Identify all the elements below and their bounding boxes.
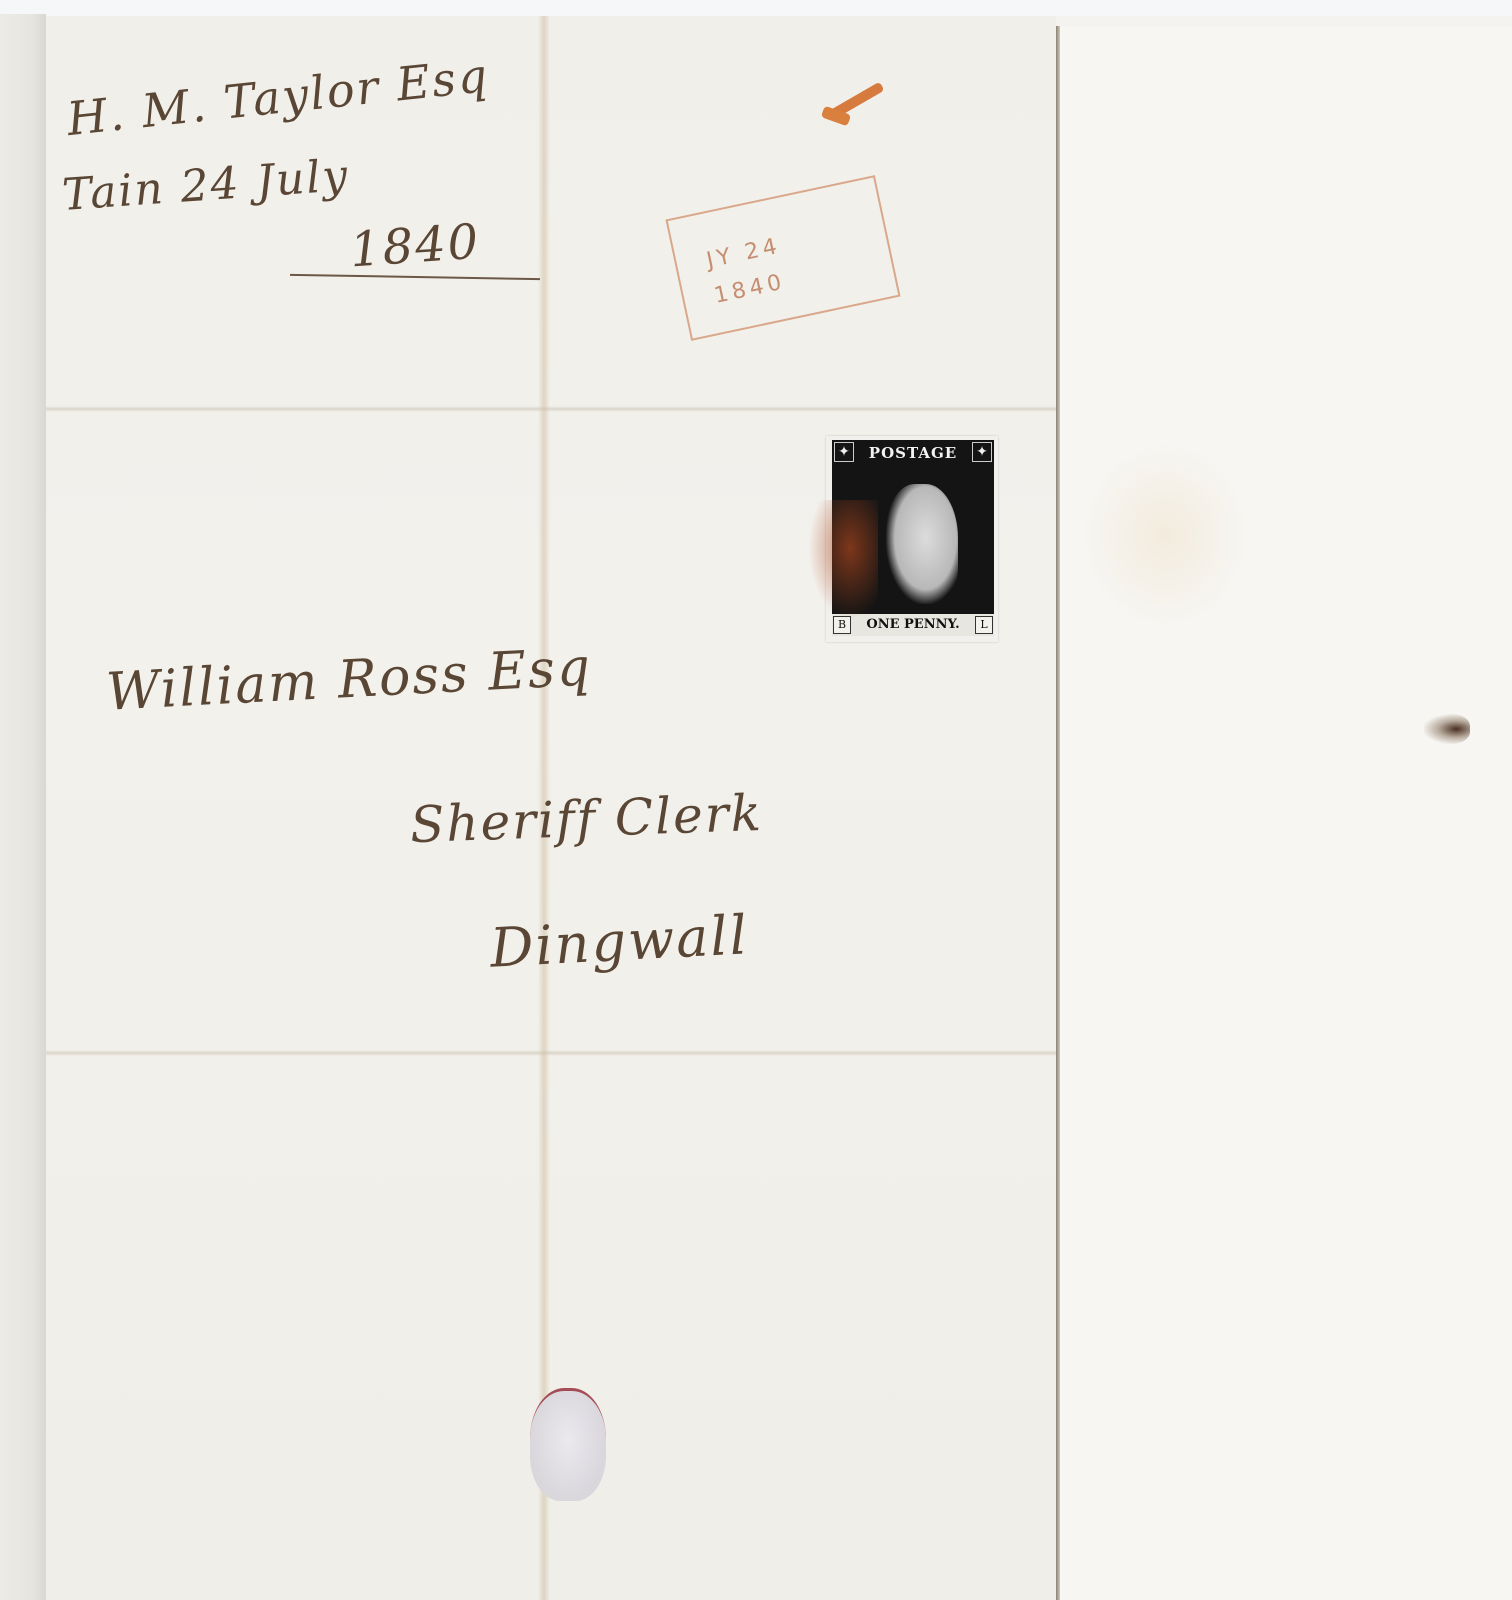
maltese-cross-cancel bbox=[808, 500, 878, 620]
fold-line-upper bbox=[46, 406, 1056, 412]
stamp-check-letter-right: L bbox=[975, 616, 993, 634]
fold-line-lower bbox=[46, 1050, 1056, 1056]
stamp-top-label: POSTAGE bbox=[832, 440, 994, 464]
address-title: Sheriff Clerk bbox=[409, 784, 764, 854]
ink-smudge bbox=[1424, 714, 1470, 744]
paper-stain bbox=[1080, 440, 1250, 630]
docket-year: 1840 bbox=[348, 214, 482, 279]
postmark-text: JY 24 1840 bbox=[703, 229, 791, 315]
background-strip bbox=[0, 0, 1512, 16]
letter-left-flap bbox=[0, 14, 46, 1600]
letter-right-panel bbox=[1060, 26, 1512, 1600]
queen-portrait bbox=[886, 484, 958, 604]
wax-seal-remnant bbox=[530, 1388, 606, 1501]
